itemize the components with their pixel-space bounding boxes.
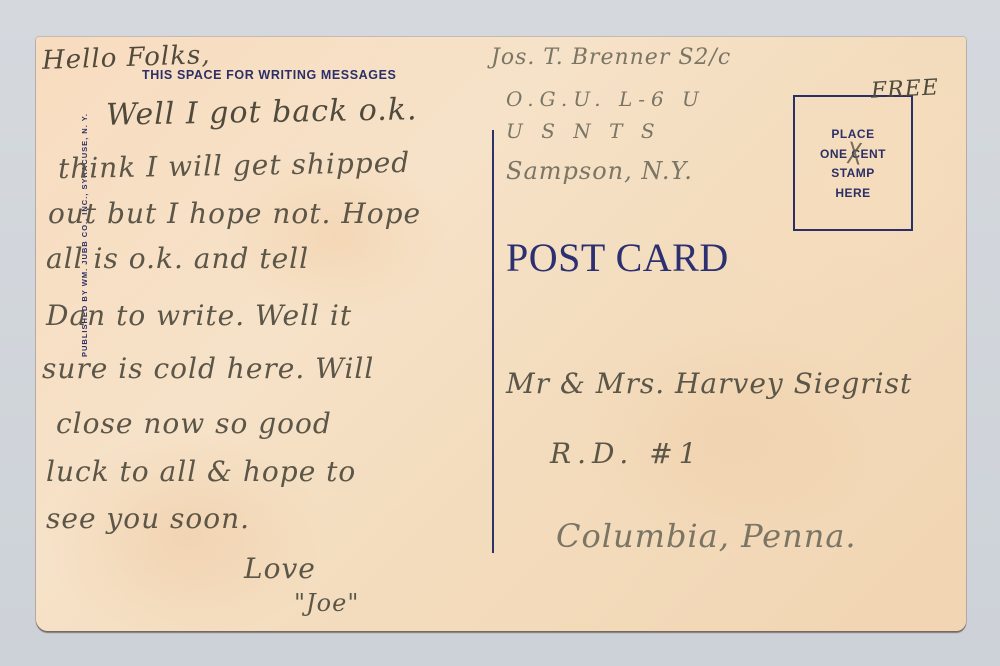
message-line: sure is cold here. Will: [42, 352, 374, 385]
center-divider-line: [492, 130, 494, 553]
sender-station: U S N T S: [506, 119, 661, 143]
post-card-title: POST CARD: [506, 234, 729, 281]
recipient-name: Mr & Mrs. Harvey Siegrist: [506, 367, 912, 400]
message-line: luck to all & hope to: [46, 455, 356, 488]
message-closing: Love: [244, 552, 316, 585]
photo-background: THIS SPACE FOR WRITING MESSAGES PUBLISHE…: [0, 0, 1000, 666]
stamp-line-here: HERE: [795, 184, 911, 204]
free-postage-note: FREE: [870, 75, 939, 104]
message-line: out but I hope not. Hope: [48, 197, 421, 230]
sender-unit: O.G.U. L-6 U: [506, 87, 705, 111]
message-line: see you soon.: [46, 502, 250, 535]
message-greeting: Hello Folks,: [42, 40, 212, 76]
message-line: Dan to write. Well it: [46, 299, 352, 332]
sender-city: Sampson, N.Y.: [506, 157, 693, 185]
message-signature: "Joe": [294, 589, 359, 617]
recipient-city: Columbia, Penna.: [556, 517, 857, 555]
stamp-box: PLACE ONE CENT STAMP HERE X: [793, 95, 913, 231]
sender-name: Jos. T. Brenner S2/c: [491, 45, 731, 70]
message-line: all is o.k. and tell: [46, 242, 309, 275]
recipient-route: R.D. #1: [550, 437, 703, 470]
message-line: Well I got back o.k.: [106, 92, 418, 132]
message-line: think I will get shipped: [58, 146, 411, 185]
postcard: THIS SPACE FOR WRITING MESSAGES PUBLISHE…: [36, 37, 966, 631]
message-line: close now so good: [56, 407, 332, 440]
